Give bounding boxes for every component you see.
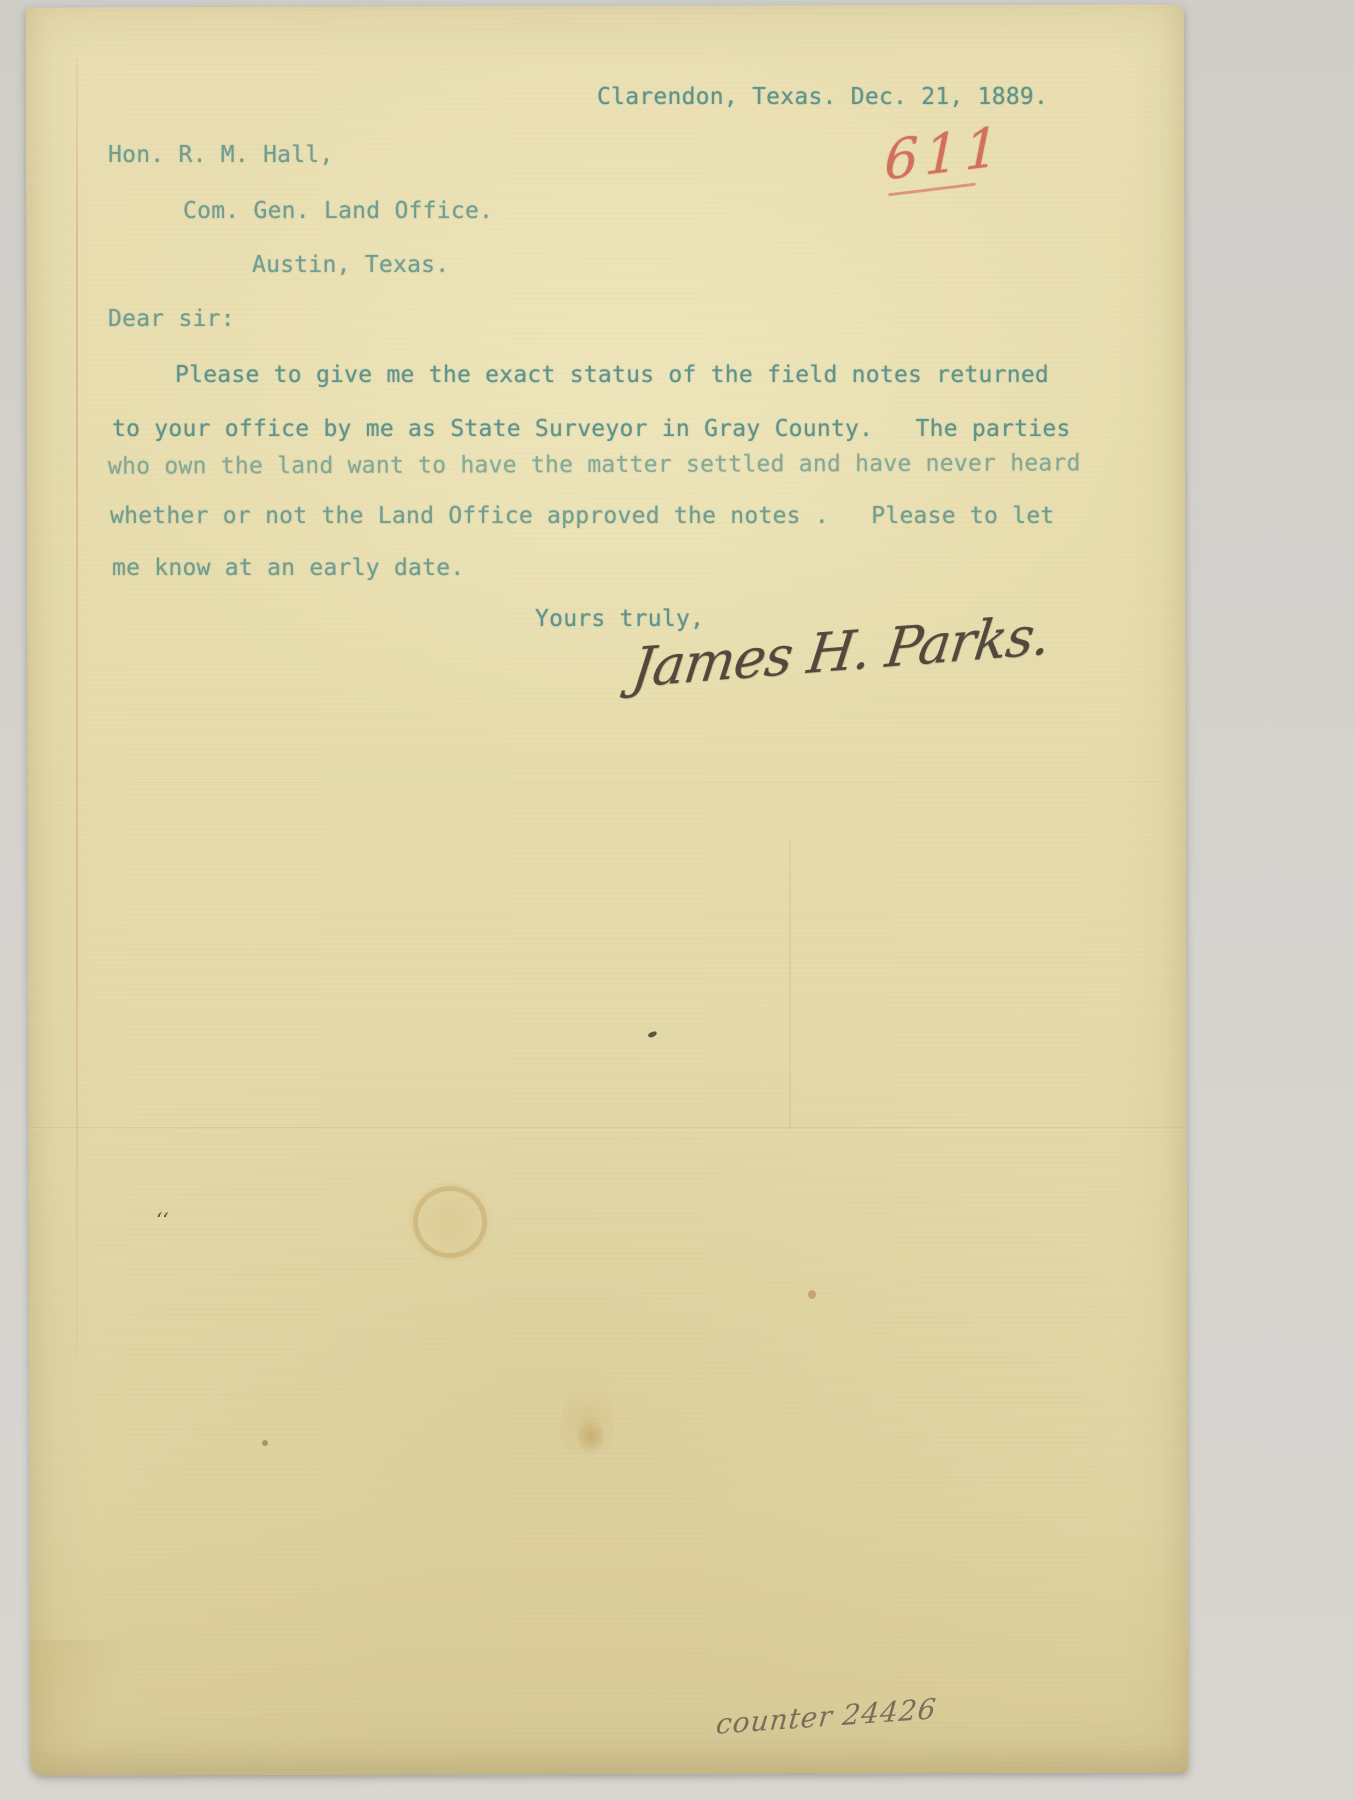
- red-speck: [808, 1290, 816, 1299]
- closing-phrase: Yours truly,: [535, 606, 704, 632]
- faint-fold-crease: [30, 782, 1160, 784]
- recipient-city-line: Austin, Texas.: [252, 252, 449, 278]
- dateline: Clarendon, Texas. Dec. 21, 1889.: [597, 84, 1048, 110]
- stray-pencil-ticks: ‘‘: [156, 1208, 170, 1224]
- body-line-1: Please to give me the exact status of th…: [175, 362, 1049, 388]
- red-margin-rule: [76, 58, 78, 1358]
- recipient-name-line: Hon. R. M. Hall,: [108, 142, 334, 168]
- corner-fold-shading: [30, 1640, 150, 1772]
- salutation: Dear sir:: [108, 306, 235, 332]
- recipient-title-line: Com. Gen. Land Office.: [183, 198, 493, 224]
- stain-blotch-dark: [578, 1418, 604, 1456]
- vertical-crease: [789, 840, 791, 1130]
- body-line-2: to your office by me as State Surveyor i…: [112, 416, 1071, 442]
- body-line-4: whether or not the Land Office approved …: [110, 503, 1055, 529]
- dark-speck: [262, 1440, 268, 1446]
- body-line-3: who own the land want to have the matter…: [108, 450, 1081, 479]
- ring-stain: [413, 1186, 487, 1258]
- scanned-letter-image: ‘‘ Clarendon, Texas. Dec. 21, 1889. 611 …: [0, 0, 1354, 1800]
- body-line-5: me know at an early date.: [112, 555, 464, 581]
- horizontal-fold-crease: [30, 1127, 1182, 1130]
- letter-page: [26, 4, 1189, 1775]
